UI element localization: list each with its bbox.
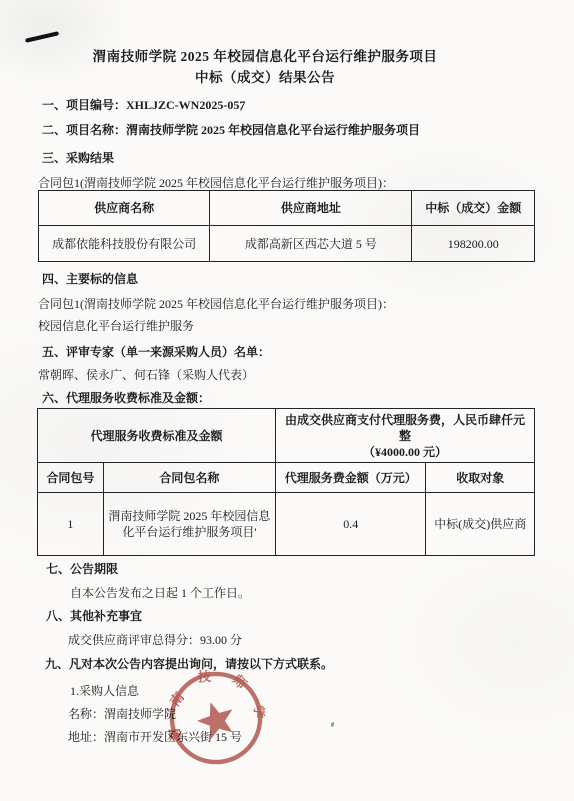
- section-project-name: 二、项目名称：渭南技师学院 2025 年校园信息化平台运行维护服务项目: [42, 123, 420, 137]
- result-table-data-row: 成都依能科技股份有限公司 成都高新区西芯大道 5 号 198200.00: [39, 226, 534, 261]
- expert-names-line: 常朝晖、侯永广、何石锋（采购人代表）: [38, 368, 254, 382]
- seal-star-icon: [193, 696, 239, 741]
- contract-package-line: 合同包1(渭南技师学院 2025 年校园信息化平台运行维护服务项目)：: [38, 176, 394, 190]
- document-title-line2: 中标（成交）结果公告: [0, 70, 530, 86]
- agency-fee-table: 代理服务收费标准及金额 由成交供应商支付代理服务费，人民币肆仟元整 （¥4000…: [37, 408, 535, 556]
- agency-fee-merged-value: 由成交供应商支付代理服务费，人民币肆仟元整 （¥4000.00 元）: [276, 409, 534, 463]
- result-header-supplier-name: 供应商名称: [39, 191, 210, 226]
- result-header-supplier-address: 供应商地址: [210, 191, 412, 226]
- agency-header-package-name: 合同包名称: [104, 463, 276, 493]
- contract-package-line-2: 合同包1(渭南技师学院 2025 年校园信息化平台运行维护服务项目)：: [38, 297, 394, 311]
- official-seal-stamp: 渭南技师学院: [167, 669, 265, 767]
- subject-content-line: 校园信息化平台运行维护服务: [38, 319, 194, 333]
- section-other-matters: 八、其他补充事宜: [46, 609, 142, 623]
- document-page: 渭南技师学院 2025 年校园信息化平台运行维护服务项目 中标（成交）结果公告 …: [0, 0, 574, 801]
- agency-fee-data-row: 1 渭南技师学院 2025 年校园信息化平台运行维护服务项目' 0.4 中标(成…: [38, 493, 534, 555]
- agency-header-fee-amount: 代理服务费金额（万元）: [276, 463, 426, 493]
- agency-cell-fee-amount: 0.4: [276, 493, 426, 555]
- agency-header-payer: 收取对象: [426, 463, 534, 493]
- section-agency-fee: 六、代理服务收费标准及金额：: [42, 391, 210, 405]
- agency-cell-payer: 中标(成交)供应商: [426, 493, 534, 555]
- agency-header-package-no: 合同包号: [38, 463, 104, 493]
- ink-speck: [330, 722, 335, 728]
- section-main-subject: 四、主要标的信息: [42, 272, 138, 286]
- document-title-line1: 渭南技师学院 2025 年校园信息化平台运行维护服务项目: [0, 49, 530, 65]
- section-procurement-result: 三、采购结果: [42, 151, 114, 165]
- buyer-name-line: 名称：渭南技师学院: [68, 707, 176, 721]
- section-announcement-period: 七、公告期限: [46, 562, 118, 576]
- pen-scribble-mark: [25, 31, 59, 42]
- agency-fee-header-row: 合同包号 合同包名称 代理服务费金额（万元） 收取对象: [38, 463, 534, 493]
- section-expert-list: 五、评审专家（单一来源采购人员）名单：: [42, 345, 270, 359]
- result-header-award-amount: 中标（成交）金额: [412, 191, 534, 226]
- agency-cell-package-no: 1: [38, 493, 104, 555]
- result-cell-award-amount: 198200.00: [412, 226, 534, 261]
- agency-fee-note-line1: 由成交供应商支付代理服务费，人民币肆仟元整: [280, 412, 530, 444]
- agency-fee-note-line2: （¥4000.00 元）: [363, 444, 447, 460]
- result-cell-supplier-name: 成都依能科技股份有限公司: [39, 226, 210, 261]
- agency-fee-merged-label: 代理服务收费标准及金额: [38, 409, 276, 463]
- agency-fee-merged-row: 代理服务收费标准及金额 由成交供应商支付代理服务费，人民币肆仟元整 （¥4000…: [38, 409, 534, 463]
- result-table: 供应商名称 供应商地址 中标（成交）金额 成都依能科技股份有限公司 成都高新区西…: [38, 190, 535, 262]
- review-score-line: 成交供应商评审总得分：93.00 分: [68, 633, 242, 647]
- agency-cell-package-name: 渭南技师学院 2025 年校园信息化平台运行维护服务项目': [104, 493, 276, 555]
- section-project-number: 一、项目编号：XHLJZC-WN2025-057: [42, 98, 245, 112]
- announcement-period-content: 自本公告发布之日起 1 个工作日。: [70, 586, 250, 600]
- buyer-info-title: 1.采购人信息: [70, 684, 139, 698]
- result-table-header-row: 供应商名称 供应商地址 中标（成交）金额: [39, 191, 534, 226]
- result-cell-supplier-address: 成都高新区西芯大道 5 号: [210, 226, 412, 261]
